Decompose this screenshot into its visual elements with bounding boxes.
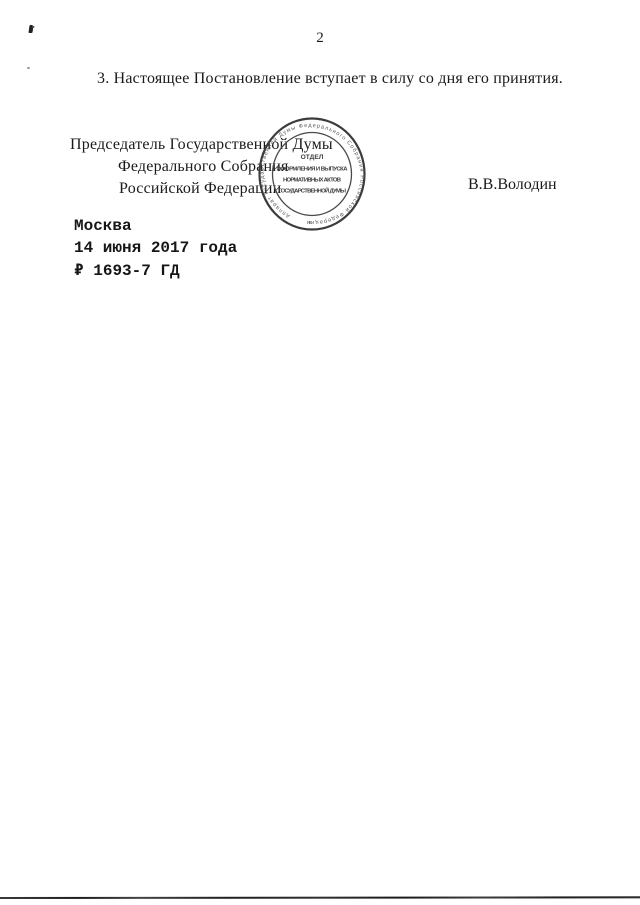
date-line: 14 июня 2017 года	[74, 239, 237, 257]
scan-artifact-dot	[27, 67, 30, 69]
seal-center-line-3: НОРМАТИВНЫХ АКТОВ	[283, 178, 341, 184]
seal-circles	[260, 119, 365, 230]
seal-center-line-1: ОТДЕЛ	[301, 154, 324, 161]
page-number: 2	[0, 30, 640, 47]
seal-center-text: ОТДЕЛ ОФОРМЛЕНИЯ И ВЫПУСКА НОРМАТИВНЫХ А…	[277, 154, 349, 195]
seal-center-line-2: ОФОРМЛЕНИЯ И ВЫПУСКА	[277, 167, 349, 173]
seal-center-line-4: ГОСУДАРСТВЕННОЙ ДУМЫ	[278, 187, 346, 195]
city-line: Москва	[74, 217, 132, 235]
signatory-name: В.В.Володин	[468, 176, 557, 194]
document-page: 2 3. Настоящее Постановление вступает в …	[0, 0, 640, 905]
document-number-line: ₽ 1693-7 ГД	[74, 260, 180, 280]
scan-edge-line	[0, 896, 640, 899]
body-paragraph: 3. Настоящее Постановление вступает в си…	[97, 70, 557, 88]
official-seal-stamp: Аппарат Государственной Думы Федеральног…	[256, 115, 368, 233]
